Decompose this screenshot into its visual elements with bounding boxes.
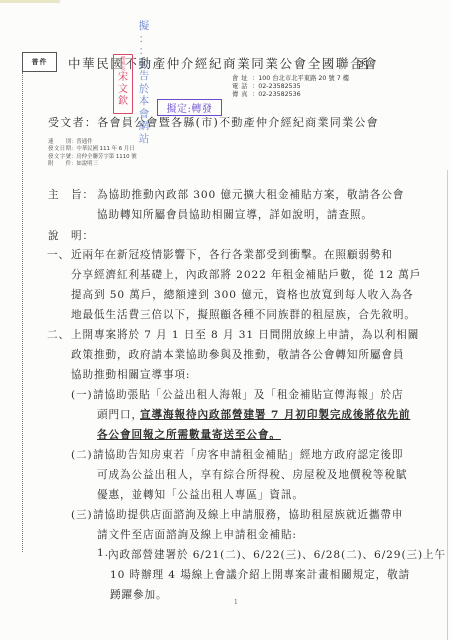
subitem-line: 請協助張貼「公益出租人海報」及「租金補貼宣傳海報」於店	[93, 387, 403, 402]
document-page: 普件 中華民國不動產仲介經紀商業同業公會全國聯合會 函 會址：100 台北市北平…	[0, 0, 452, 640]
item-marker: 二、	[47, 327, 70, 342]
subitem-line: 請協助告知房東若「房客申請租金補貼」經地方政府認定後即	[93, 447, 403, 462]
item-line: 協助推動相關宣導事項:	[71, 367, 190, 382]
page-edge	[447, 170, 448, 640]
item-line: 政策推動，政府請本業協助參與及推動，敬請各公會轉知所屬會員	[71, 347, 404, 362]
contact-info: 會址：100 台北市北平東路 20 號 7 樓 電話：02-23582535 傳…	[232, 75, 349, 99]
page-number: 1	[234, 599, 238, 606]
item-line: 地最低生活費三倍以下，擬照顧各種不同族群的租屋族，合先敘明。	[71, 307, 416, 322]
subitem-line-emphasis: 宣導海報待內政部營建署 7 月初印製完成後將依先前	[140, 407, 410, 422]
attachment-label: 普件	[22, 52, 57, 72]
subitem-line-emphasis: 各公會回報之所需數量寄送至公會。	[97, 427, 281, 442]
doc-type: 函	[356, 54, 369, 72]
explanation-label: 說 明：	[48, 228, 94, 243]
item-line: 分享經濟紅利基礎上，內政部將 2022 年租金補貼戶數，從 12 萬戶	[71, 267, 421, 282]
recipient: 受文者：各會員公會暨各縣(市)不動產仲介經紀商業同業公會	[48, 114, 379, 130]
subitem-line: 優惠，並轉知「公益出租人專區」資訊。	[97, 487, 304, 502]
subitem-marker: (三)	[71, 507, 93, 522]
subitem-marker: (一)	[71, 387, 93, 402]
point-line: 10 時辦理 4 場線上會議介紹上開專案計畫相關規定，敬請	[110, 567, 410, 582]
subject-line: 協助轉知所屬會員協助相關宣導，詳如說明，請查照。	[97, 207, 373, 222]
point-line: 內政部營建署於 6/21(二)、6/22(三)、6/28(二)、6/29(三)上…	[108, 547, 446, 562]
forward-decision-stamp: 擬定:轉發	[157, 99, 222, 116]
item-line: 上開專案將於 7 月 1 日至 8 月 31 日間開放線上申請，為以利相關	[71, 327, 419, 342]
item-marker: 一、	[47, 247, 70, 262]
publish-notice-stamp: 擬 ： ： 公 告 於 本 會 網 站	[137, 20, 151, 145]
contact-fax: 傳真：02-23582536	[232, 91, 349, 99]
contact-address: 會址：100 台北市北平東路 20 號 7 樓	[232, 75, 349, 83]
subitem-line: 可成為公益出租人，享有綜合所得稅、房屋稅及地價稅等稅賦	[97, 467, 407, 482]
subitem-line: 請文件至店面諮詢及線上申請租金補貼:	[97, 527, 297, 542]
subject-label: 主 旨：	[48, 187, 94, 202]
item-line: 提高到 50 萬戶，總額達到 300 億元，資格也放寬到每人收入為各	[71, 287, 414, 302]
scan-artifact	[0, 0, 60, 3]
subitem-marker: (二)	[71, 447, 93, 462]
item-line: 近兩年在新冠疫情影響下，各行各業都受到衝擊。在照顧弱勢和	[71, 247, 393, 262]
point-line: 踴躍參加。	[110, 587, 167, 602]
contact-phone: 電話：02-23582535	[232, 83, 349, 91]
subitem-line: 請協助提供店面諮詢及線上申請服務，協助租屋族就近攜帶申	[93, 507, 403, 522]
binding-line	[22, 72, 23, 552]
document-meta: 速別：普通件 發文日期：中華民國 111 年 6 月日 發文字號：房仲全聯芳字第…	[48, 139, 137, 169]
subitem-line: 頭門口，	[97, 407, 143, 422]
meta-attachment: 附件：如說明三	[48, 161, 137, 168]
subject-line: 為協助推動內政部 300 億元擴大租金補貼方案，敬請各公會	[97, 187, 404, 202]
meta-date: 發文日期：中華民國 111 年 6 月日	[48, 146, 137, 153]
chairman-seal-stamp: 理 事 長 宋 文 欽	[113, 54, 133, 114]
